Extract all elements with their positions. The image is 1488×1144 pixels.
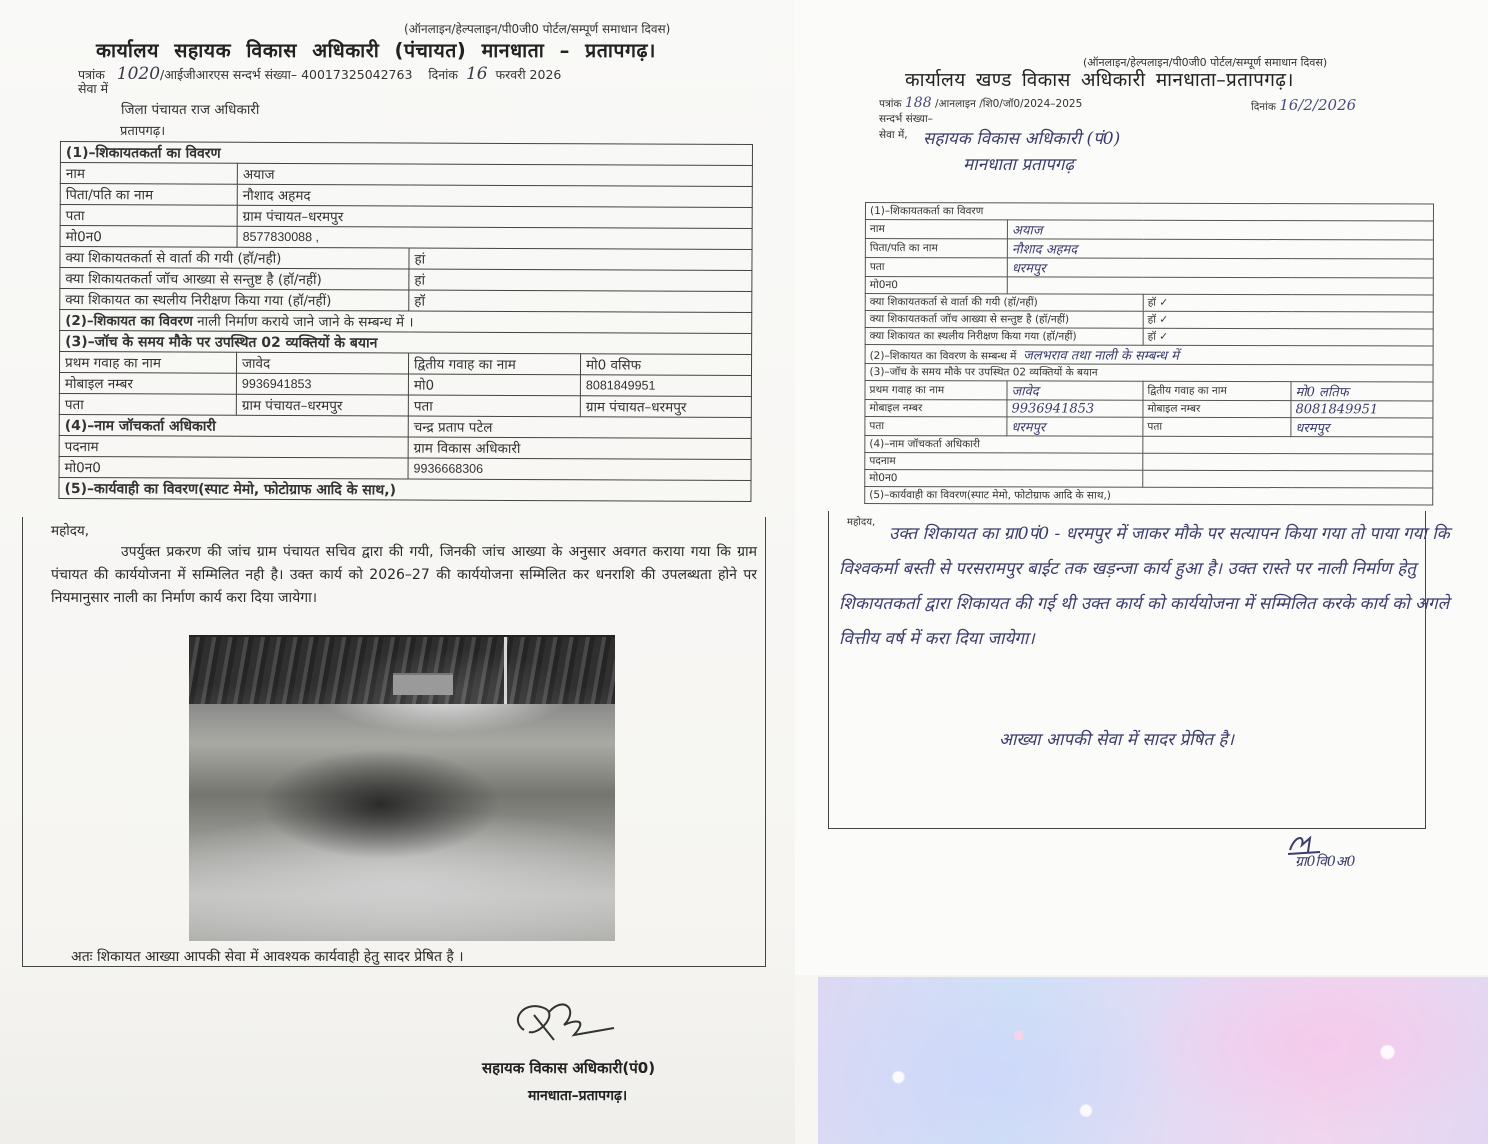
mobile-label: मो0न0 <box>60 226 237 248</box>
officer-name <box>1143 436 1433 454</box>
letter-closing: अतः शिकायत आख्या आपकी सेवा में आवश्यक का… <box>71 947 464 966</box>
ref-label: पत्रांक <box>879 98 902 110</box>
section2-value: नाली निर्माण कराये जाने जाने के सम्बन्ध … <box>197 314 413 331</box>
w2-name: मो0 लतिफ <box>1295 385 1348 400</box>
designation-value: ग्राम विकास अधिकारी <box>408 437 751 459</box>
site-photo <box>189 635 615 941</box>
photo-pole <box>504 637 507 704</box>
w2-mobile: 8081849951 <box>580 375 751 397</box>
mobile-label: मो0न0 <box>865 277 1007 294</box>
right-document: (ऑनलाइन/हेल्पलाइन/पी0जी0 पोर्टल/सम्पूर्ण… <box>795 0 1488 975</box>
left-document: (ऑनलाइन/हेल्पलाइन/पी0जी0 पोर्टल/सम्पूर्ण… <box>0 0 795 1144</box>
w2-name-label: द्वितीय गवाह का नाम <box>408 353 580 375</box>
w2-name: मो0 वसिफ <box>580 354 751 376</box>
section5-title: (5)–कार्यवाही का विवरण(स्पाट मेमो, फोटोग… <box>59 477 751 501</box>
date-handwritten: 16/2/2026 <box>1279 96 1356 114</box>
w2-name-label: द्वितीय गवाह का नाम <box>1143 381 1291 400</box>
section2-row: (2)–शिकायत का विवरण के सम्बन्ध में जलभरा… <box>865 345 1433 365</box>
q2-label: क्या शिकायतकर्ता जॉच आख्या से सन्तुष्ट ह… <box>60 268 409 291</box>
section2-title: (2)–शिकायत का विवरण के सम्बन्ध में <box>870 350 1017 362</box>
w2-address: ग्राम पंचायत–धरमपुर <box>580 396 751 418</box>
designation-value <box>1143 453 1433 471</box>
date: दिनांक 16/2/2026 <box>1251 96 1356 114</box>
sandarbh-label: सन्दर्भ संख्या– <box>879 112 933 126</box>
address-value-cell: धरमपुर <box>1007 258 1433 278</box>
office-title: कार्यालय खण्ड विकास अधिकारी मानधाता–प्रत… <box>905 66 1294 92</box>
iridescent-background <box>818 977 1488 1144</box>
w2-mobile-label: मोबाइल नम्बर <box>1143 400 1291 417</box>
section2-row: (2)–शिकायत का विवरण नाली निर्माण कराये ज… <box>60 310 752 334</box>
q1-label: क्या शिकायतकर्ता से वार्ता की गयी (हॉ/नह… <box>60 247 409 270</box>
father-value-cell: नौशाद अहमद <box>1007 239 1433 259</box>
reference-line: पत्रांक 1020/आईजीआरएस सन्दर्भ संख्या– 40… <box>78 64 561 84</box>
ref-number-handwritten: 188 <box>905 95 932 111</box>
w1-name: जावेद <box>1011 384 1038 399</box>
address-label: पता <box>865 258 1007 277</box>
w1-address-label: पता <box>865 417 1007 436</box>
w2-name-cell: मो0 लतिफ <box>1291 382 1433 401</box>
date-text: फरवरी 2026 <box>496 67 562 82</box>
w1-address-label: पता <box>59 393 236 415</box>
q3-label: क्या शिकायत का स्थलीय निरीक्षण किया गया … <box>865 328 1143 346</box>
section3-title: (3)–जॉच के समय मौके पर उपस्थित 02 व्यक्त… <box>60 331 752 355</box>
father-value: नौशाद अहमद <box>1012 242 1077 257</box>
letter-closing: आख्या आपकी सेवा में सादर प्रेषित है। <box>999 727 1234 750</box>
ref-number-handwritten: 1020 <box>117 64 160 84</box>
q1-value: हॉ ✓ <box>1143 294 1433 312</box>
complaint-form-table: (1)–शिकायतकर्ता का विवरण नामअयाज पिता/पत… <box>864 202 1434 505</box>
w1-mobile: 9936941853 <box>1011 401 1094 416</box>
portal-line: (ऑनलाइन/हेल्पलाइन/पी0जी0 पोर्टल/सम्पूर्ण… <box>404 20 670 37</box>
q3-value: हॉ <box>409 290 752 312</box>
q3-value: हॉ ✓ <box>1143 328 1433 346</box>
w1-address: धरमपुर <box>1011 420 1045 435</box>
letter-body: उपर्युक्त प्रकरण की जांच ग्राम पंचायत सच… <box>51 541 757 610</box>
father-value: नौशाद अहमद <box>237 184 752 207</box>
letter-box: महोदय, उक्त शिकायत का ग्रा0पं0 - धरमपुर … <box>828 511 1426 829</box>
section2-title: (2)–शिकायत का विवरण <box>65 313 193 330</box>
office-title: कार्यालय सहायक विकास अधिकारी (पंचायत) मा… <box>96 36 656 63</box>
signature-title: सहायक विकास अधिकारी(पं0) <box>482 1058 655 1078</box>
gap-background <box>795 975 818 1144</box>
name-value: अयाज <box>237 163 752 186</box>
letter-box: महोदय, उपर्युक्त प्रकरण की जांच ग्राम पं… <box>22 517 766 967</box>
w1-address: ग्राम पंचायत–धरमपुर <box>236 394 408 416</box>
name-label: नाम <box>865 220 1007 239</box>
addressee-line1: जिला पंचायत राज अधिकारी <box>121 100 259 118</box>
officer-mobile-label: मो0न0 <box>59 456 408 479</box>
mobile-value <box>1007 277 1433 295</box>
officer-mobile-label: मो0न0 <box>865 470 1143 488</box>
w2-mobile: 8081849951 <box>1295 402 1378 417</box>
ref-text: /आनलाइन /शि0/जॉ0/2024–2025 <box>935 98 1082 110</box>
w2-address-cell: धरमपुर <box>1291 418 1433 437</box>
q2-value: हां <box>409 269 752 291</box>
designation-label: पदनाम <box>59 435 408 458</box>
ref-text: /आईजीआरएस सन्दर्भ संख्या– 40017325042763 <box>160 67 412 82</box>
w1-mobile-label: मोबाइल नम्बर <box>59 372 236 394</box>
w2-address-label: पता <box>408 395 580 417</box>
w1-mobile: 9936941853 <box>236 373 408 395</box>
name-value: अयाज <box>1012 223 1043 238</box>
date-day-handwritten: 16 <box>466 64 488 84</box>
addressee-line2: प्रतापगढ़। <box>120 121 165 139</box>
w1-name-cell: जावेद <box>1007 381 1143 400</box>
section4-title: (4)–नाम जॉचकर्ता अधिकारी <box>59 414 408 437</box>
w2-address-label: पता <box>1143 417 1291 436</box>
date-label: दिनांक <box>1251 101 1276 113</box>
address-value: धरमपुर <box>1012 261 1046 276</box>
salutation: महोदय, <box>51 521 89 539</box>
w1-mobile-label: मोबाइल नम्बर <box>865 400 1007 417</box>
w1-address-cell: धरमपुर <box>1007 417 1143 436</box>
w2-address: धरमपुर <box>1295 421 1329 436</box>
signature-place: मानधाता–प्रतापगढ़। <box>528 1086 627 1105</box>
seva-me: सेवा में, <box>879 128 908 142</box>
signature-label: ग्रा0वि0अ0 <box>1295 852 1355 871</box>
w2-mobile-cell: 8081849951 <box>1291 401 1433 418</box>
w1-name-label: प्रथम गवाह का नाम <box>865 381 1007 400</box>
w1-name: जावेद <box>236 352 408 374</box>
mobile-value: 8577830088 , <box>237 226 752 249</box>
reference-line: पत्रांक 188 /आनलाइन /शि0/जॉ0/2024–2025 <box>879 95 1082 111</box>
address-label: पता <box>60 205 237 227</box>
section1-title: (1)–शिकायतकर्ता का विवरण <box>865 203 1433 221</box>
name-label: नाम <box>60 163 237 185</box>
father-label: पिता/पति का नाम <box>60 184 237 206</box>
date-label: दिनांक <box>428 67 458 82</box>
officer-name: चन्द्र प्रताप पटेल <box>408 416 751 438</box>
section3-title: (3)–जॉच के समय मौके पर उपस्थित 02 व्यक्त… <box>865 364 1433 382</box>
q2-label: क्या शिकायतकर्ता जॉच आख्या से सन्तुष्ट ह… <box>865 311 1143 329</box>
q2-value: हॉ ✓ <box>1143 311 1433 329</box>
officer-mobile: 9936668306 <box>408 458 751 480</box>
officer-mobile <box>1143 470 1433 488</box>
q1-label: क्या शिकायतकर्ता से वार्ता की गयी (हॉ/नह… <box>865 294 1143 312</box>
w1-name-label: प्रथम गवाह का नाम <box>59 352 236 374</box>
address-value: ग्राम पंचायत–धरमपुर <box>237 205 752 228</box>
section5-title: (5)–कार्यवाही का विवरण(स्पाट मेमो, फोटोग… <box>865 487 1433 505</box>
section2-value: जलभराव तथा नाली के सम्बन्ध में <box>1023 348 1179 363</box>
seva-me: सेवा में <box>78 80 108 97</box>
photo-building <box>393 673 453 694</box>
section1-title: (1)–शिकायतकर्ता का विवरण <box>60 142 752 166</box>
w1-mobile-cell: 9936941853 <box>1007 400 1143 417</box>
section4-title: (4)–नाम जॉचकर्ता अधिकारी <box>865 436 1143 454</box>
complaint-form-table: (1)–शिकायतकर्ता का विवरण नामअयाज पिता/पत… <box>58 141 753 502</box>
name-value-cell: अयाज <box>1007 220 1433 240</box>
letter-body: उक्त शिकायत का ग्रा0पं0 - धरमपुर में जाक… <box>839 517 1459 657</box>
addressee-line2: मानधाता प्रतापगढ़ <box>963 152 1074 175</box>
q3-label: क्या शिकायत का स्थलीय निरीक्षण किया गया … <box>60 289 409 312</box>
signature-icon <box>504 990 624 1050</box>
father-label: पिता/पति का नाम <box>865 239 1007 258</box>
q1-value: हां <box>409 248 752 270</box>
w2-mobile-label: मो0 <box>408 374 580 396</box>
designation-label: पदनाम <box>865 453 1143 471</box>
addressee-line1: सहायक विकास अधिकारी (पं0) <box>923 126 1120 149</box>
